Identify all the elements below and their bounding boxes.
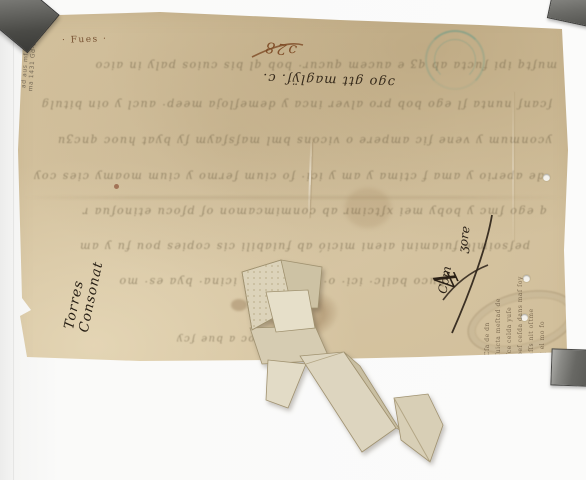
vertical-note-line: ſce celda yuſe <box>506 186 513 356</box>
punch-hole <box>543 174 550 181</box>
ink-spot <box>114 184 119 189</box>
metal-clip-right <box>550 348 586 386</box>
bleedthrough-text-line: de aperio y ama f ctima y am y ici· ſo c… <box>24 168 544 183</box>
bleedthrough-text-line: yconmum y vene ſic ampere o vicons bml m… <box>26 132 552 147</box>
bleedthrough-text-line: ſcanſ nunta ſl ego bob pro alver inca y … <box>30 96 552 111</box>
discoloration-patch <box>345 188 391 228</box>
parchment-sheet: muſtq ipi fucta ab qʒ e aucem qucur· bob… <box>0 0 586 480</box>
vertical-archival-notes: Cſa de dn ſuicta meſtad de ſce celda yuſ… <box>484 186 546 356</box>
vertical-note-line: Cſa de dn <box>484 186 491 356</box>
scanner-edge-line <box>13 0 14 480</box>
notary-numeral: 4 <box>427 266 469 294</box>
archival-corner-note: · Fues · <box>62 34 108 46</box>
vertical-note-line: ſuicta meſtad de <box>495 186 502 356</box>
vertical-note-line: q el mo fo <box>539 186 546 356</box>
ink-stain <box>293 293 304 302</box>
brown-ink-mark: ɔ28 <box>232 34 298 60</box>
horizontal-fold-crease <box>24 196 564 199</box>
vertical-note-line: aſſs nit oſtme <box>528 186 535 356</box>
round-archive-stamp <box>425 30 485 90</box>
bleedthrough-text-line: buco bailc· ici· o· cc· ſcyʒcib icina· b… <box>115 273 445 288</box>
scanned-parchment-document: muſtq ipi fucta ab qʒ e aucem qucur· bob… <box>0 0 586 480</box>
vertical-note-line: beſ ceſda dans maſ ſoy <box>517 186 524 356</box>
latin-docket-inscription: ɔgo gtt maglÿſ. c. <box>253 70 395 90</box>
metal-clip-top-right <box>547 0 586 29</box>
ink-stain <box>231 299 247 311</box>
verification-signature: Torres Consonat <box>62 212 116 334</box>
